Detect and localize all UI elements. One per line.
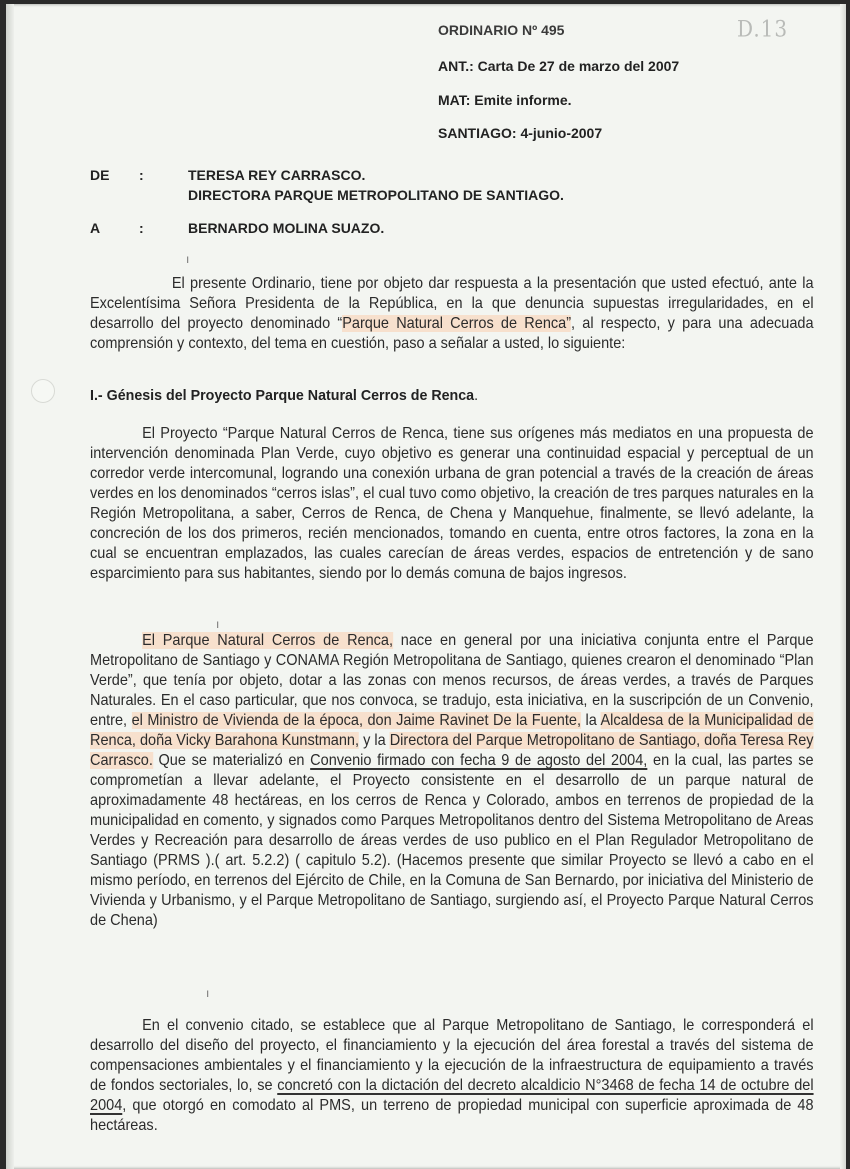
- section-1-title-text: I.- Génesis del Proyecto Parque Natural …: [90, 387, 474, 404]
- page-right-edge-shadow: [840, 4, 846, 1169]
- antecedent-line: ANT.: Carta De 27 de marzo del 2007: [438, 58, 679, 74]
- to-name: BERNARDO MOLINA SUAZO.: [188, 220, 384, 236]
- to-colon: :: [139, 220, 144, 236]
- section-1-title-period: .: [474, 387, 478, 404]
- place-date-line: SANTIAGO: 4-junio-2007: [438, 125, 602, 141]
- intro-paragraph: El presente Ordinario, tiene por objeto …: [90, 274, 814, 354]
- highlighted-minister: el Ministro de Vivienda de la época, don…: [132, 712, 581, 729]
- paragraph-2-text-d: Que se materializó en: [153, 752, 310, 769]
- highlighted-project-name: Parque Natural Cerros de Renca”: [342, 315, 571, 332]
- paragraph-3-text-b: , que otorgó en comodato al PMS, un terr…: [90, 1097, 814, 1134]
- handwritten-page-note: D.13: [737, 16, 788, 42]
- paragraph-2-text-b: la: [581, 712, 600, 729]
- paragraph-1: El Proyecto “Parque Natural Cerros de Re…: [90, 424, 814, 584]
- scanned-page: D.13 ORDINARIO Nº 495 ANT.: Carta De 27 …: [6, 4, 846, 1169]
- stray-mark: ı: [186, 252, 189, 266]
- highlighted-park-name: El Parque Natural Cerros de Renca,: [142, 632, 393, 649]
- underlined-convenio-date: Convenio firmado con fecha 9 de agosto d…: [310, 752, 647, 769]
- matter-line: MAT: Emite informe.: [438, 92, 572, 108]
- paragraph-3: En el convenio citado, se establece que …: [90, 1016, 814, 1136]
- from-colon: :: [139, 167, 144, 183]
- from-title: DIRECTORA PARQUE METROPOLITANO DE SANTIA…: [188, 187, 564, 203]
- page-left-edge-shadow: [6, 4, 14, 1169]
- paragraph-2: El Parque Natural Cerros de Renca, nace …: [90, 631, 814, 931]
- paragraph-2-text-e: en la cual, las partes se comprometían a…: [90, 752, 814, 929]
- from-name: TERESA REY CARRASCO.: [188, 167, 365, 183]
- paragraph-1-text: El Proyecto “Parque Natural Cerros de Re…: [90, 425, 814, 582]
- ordinario-number: ORDINARIO Nº 495: [438, 22, 564, 38]
- stray-mark: ı: [216, 617, 219, 631]
- paragraph-2-text-c: y la: [359, 732, 390, 749]
- to-label: A: [90, 220, 100, 236]
- stray-mark: ı: [206, 986, 209, 1000]
- section-1-title: I.- Génesis del Proyecto Parque Natural …: [90, 387, 478, 404]
- from-label: DE: [90, 167, 109, 183]
- punch-hole-mark: [31, 379, 55, 403]
